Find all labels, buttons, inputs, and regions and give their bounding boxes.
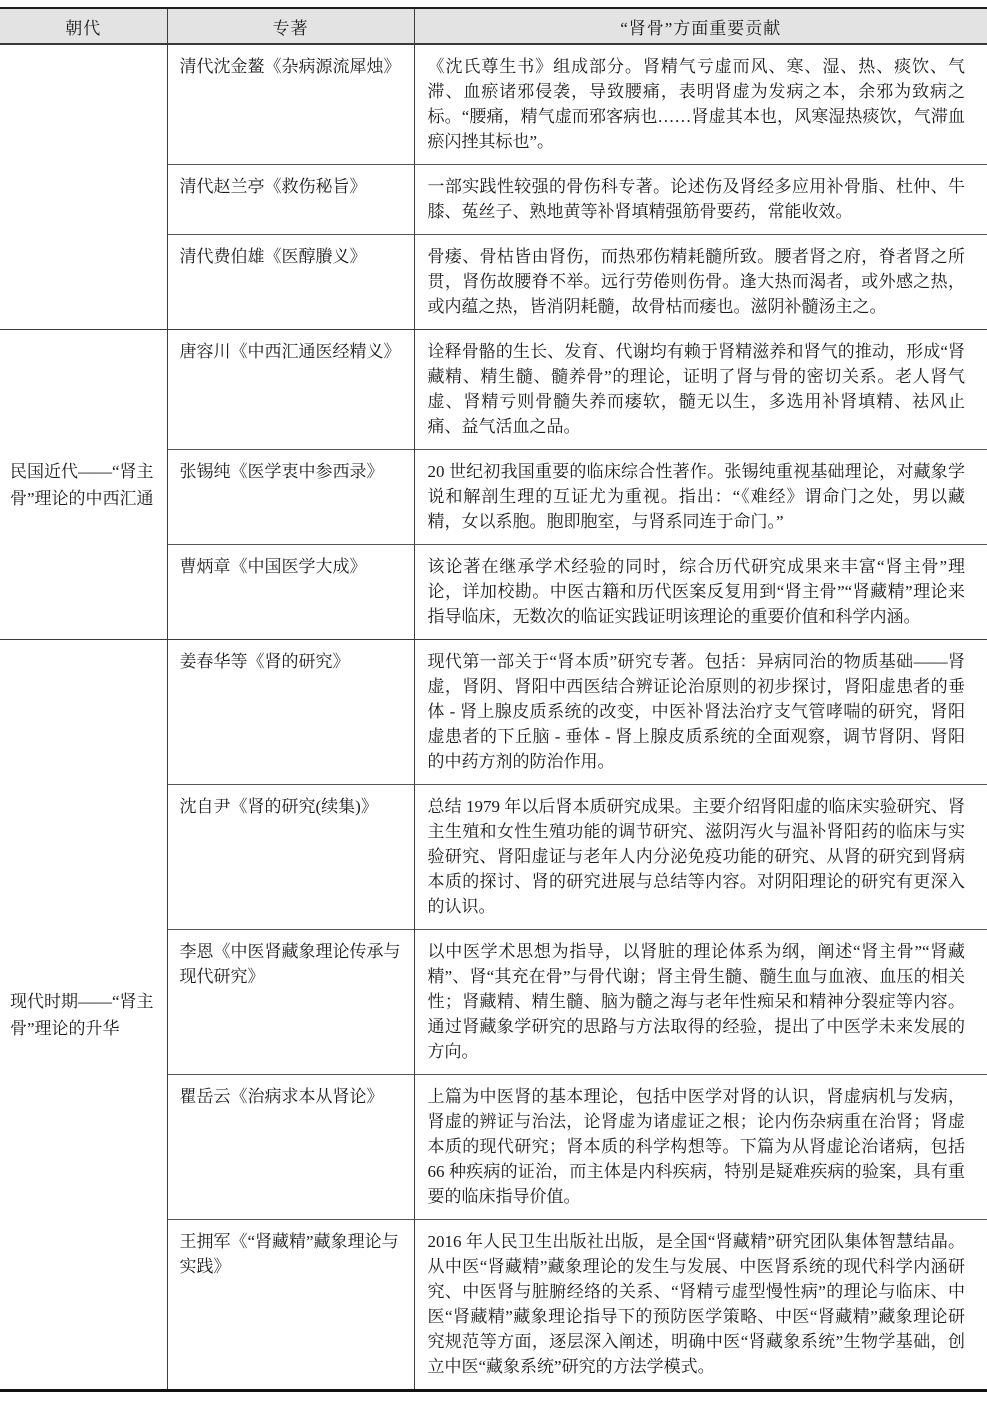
contribution-cell: 上篇为中医肾的基本理论，包括中医学对肾的认识，肾虚病机与发病，肾虚的辨证与治法，… [414, 1075, 987, 1220]
monograph-cell: 姜春华等《肾的研究》 [167, 640, 414, 785]
contribution-cell: 骨痿、骨枯皆由肾伤，而热邪伤精耗髓所致。腰者肾之府，脊者肾之所贯，肾伤故腰脊不举… [414, 235, 987, 330]
monograph-cell: 瞿岳云《治病求本从肾论》 [167, 1075, 414, 1220]
contribution-cell: 诠释骨骼的生长、发育、代谢均有赖于肾精滋养和肾气的推动，形成“肾藏精、精生髓、髓… [414, 330, 987, 450]
monograph-cell: 李恩《中医肾藏象理论传承与现代研究》 [167, 930, 414, 1075]
contribution-cell: 该论著在继承学术经验的同时，综合历代研究成果来丰富“肾主骨”理论，详加校勘。中医… [414, 545, 987, 640]
monograph-cell: 唐容川《中西汇通医经精义》 [167, 330, 414, 450]
dynasty-cell [0, 44, 167, 330]
dynasty-cell: 民国近代——“肾主骨”理论的中西汇通 [0, 330, 167, 640]
contribution-cell: 以中医学术思想为指导，以肾脏的理论体系为纲，阐述“肾主骨”“肾藏精”、肾“其充在… [414, 930, 987, 1075]
monograph-cell: 沈自尹《肾的研究(续集)》 [167, 785, 414, 930]
monograph-cell: 清代沈金鳌《杂病源流犀烛》 [167, 44, 414, 165]
monograph-cell: 清代赵兰亭《救伤秘旨》 [167, 165, 414, 235]
contribution-cell: 一部实践性较强的骨伤科专著。论述伤及肾经多应用补骨脂、杜仲、牛膝、菟丝子、熟地黄… [414, 165, 987, 235]
contribution-cell: 《沈氏尊生书》组成部分。肾精气亏虚而风、寒、湿、热、痰饮、气滞、血瘀诸邪侵袭，导… [414, 44, 987, 165]
contribution-cell: 总结 1979 年以后肾本质研究成果。主要介绍肾阳虚的临床实验研究、肾主生殖和女… [414, 785, 987, 930]
table-row: 民国近代——“肾主骨”理论的中西汇通 唐容川《中西汇通医经精义》 诠释骨骼的生长… [0, 330, 987, 450]
monograph-cell: 清代费伯雄《医醇賸义》 [167, 235, 414, 330]
table-row: 现代时期——“肾主骨”理论的升华 姜春华等《肾的研究》 现代第一部关于“肾本质”… [0, 640, 987, 785]
monograph-cell: 曹炳章《中国医学大成》 [167, 545, 414, 640]
column-header-contribution: “肾骨”方面重要贡献 [414, 8, 987, 44]
column-header-dynasty: 朝代 [0, 8, 167, 44]
contribution-cell: 2016 年人民卫生出版社出版，是全国“肾藏精”研究团队集体智慧结晶。从中医“肾… [414, 1220, 987, 1391]
kidney-bone-contributions-table: 朝代 专著 “肾骨”方面重要贡献 清代沈金鳌《杂病源流犀烛》 《沈氏尊生书》组成… [0, 7, 987, 1392]
monograph-cell: 王拥军《“肾藏精”藏象理论与实践》 [167, 1220, 414, 1391]
contribution-cell: 现代第一部关于“肾本质”研究专著。包括：异病同治的物质基础——肾虚，肾阴、肾阳中… [414, 640, 987, 785]
table-row: 清代沈金鳌《杂病源流犀烛》 《沈氏尊生书》组成部分。肾精气亏虚而风、寒、湿、热、… [0, 44, 987, 165]
contribution-cell: 20 世纪初我国重要的临床综合性著作。张锡纯重视基础理论，对藏象学说和解剖生理的… [414, 450, 987, 545]
column-header-monograph: 专著 [167, 8, 414, 44]
book-page: 朝代 专著 “肾骨”方面重要贡献 清代沈金鳌《杂病源流犀烛》 《沈氏尊生书》组成… [0, 0, 987, 1405]
monograph-cell: 张锡纯《医学衷中参西录》 [167, 450, 414, 545]
dynasty-cell: 现代时期——“肾主骨”理论的升华 [0, 640, 167, 1391]
table-header-row: 朝代 专著 “肾骨”方面重要贡献 [0, 8, 987, 44]
